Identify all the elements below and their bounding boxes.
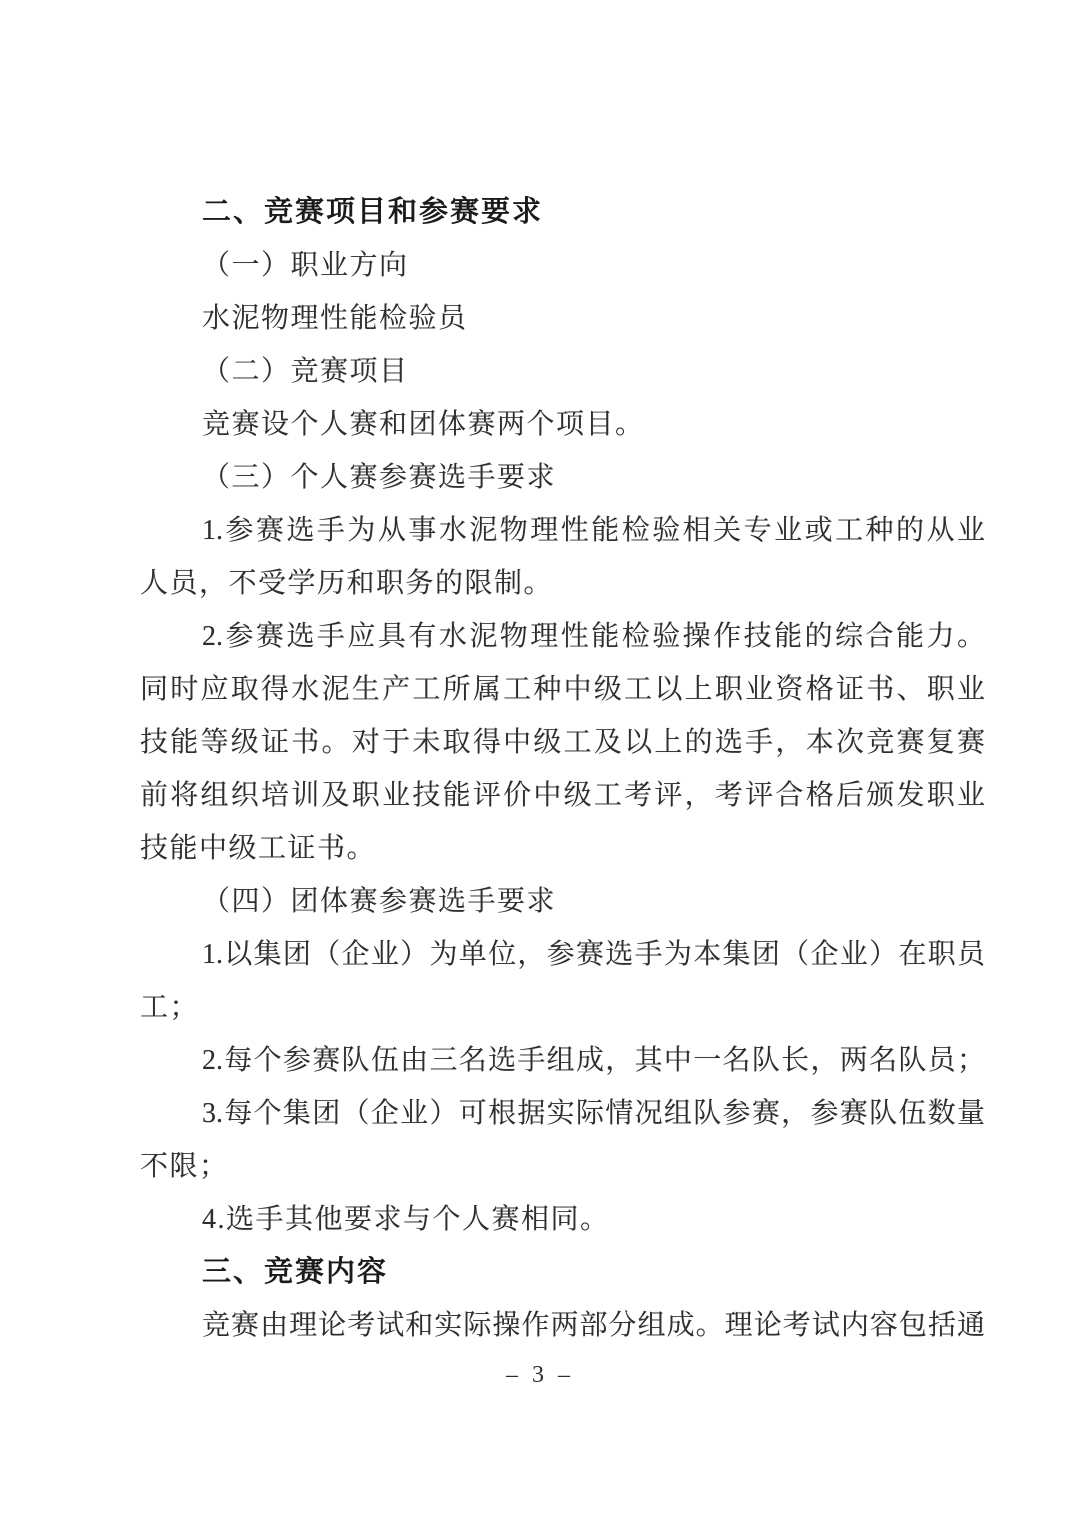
text-line: 4.选手其他要求与个人赛相同。 [140,1193,985,1246]
text-line: 技能中级工证书。 [140,822,985,875]
text-line: 竞赛设个人赛和团体赛两个项目。 [140,398,985,451]
text-line: （四）团体赛参赛选手要求 [140,875,985,928]
text-line: 水泥物理性能检验员 [140,292,985,345]
page-number: – 3 – [0,1362,1080,1389]
text-line: 人员，不受学历和职务的限制。 [140,557,985,610]
text-line: 2.每个参赛队伍由三名选手组成，其中一名队长，两名队员； [140,1034,985,1087]
text-line: 前将组织培训及职业技能评价中级工考评，考评合格后颁发职业 [140,769,985,822]
text-line: 1.以集团（企业）为单位，参赛选手为本集团（企业）在职员 [140,928,985,981]
section-heading: 三、竞赛内容 [140,1246,985,1299]
text-line: 1.参赛选手为从事水泥物理性能检验相关专业或工种的从业 [140,504,985,557]
text-line: （二）竞赛项目 [140,345,985,398]
document-body: 二、竞赛项目和参赛要求（一）职业方向水泥物理性能检验员（二）竞赛项目竞赛设个人赛… [140,186,985,1352]
text-line: 3.每个集团（企业）可根据实际情况组队参赛，参赛队伍数量 [140,1087,985,1140]
text-line: 不限； [140,1140,985,1193]
section-heading: 二、竞赛项目和参赛要求 [140,186,985,239]
text-line: 竞赛由理论考试和实际操作两部分组成。理论考试内容包括通 [140,1299,985,1352]
text-line: 2.参赛选手应具有水泥物理性能检验操作技能的综合能力。 [140,610,985,663]
text-line: 技能等级证书。对于未取得中级工及以上的选手，本次竞赛复赛 [140,716,985,769]
text-line: 同时应取得水泥生产工所属工种中级工以上职业资格证书、职业 [140,663,985,716]
text-line: （一）职业方向 [140,239,985,292]
text-line: （三）个人赛参赛选手要求 [140,451,985,504]
document-page: 二、竞赛项目和参赛要求（一）职业方向水泥物理性能检验员（二）竞赛项目竞赛设个人赛… [0,0,1080,1526]
text-line: 工； [140,981,985,1034]
